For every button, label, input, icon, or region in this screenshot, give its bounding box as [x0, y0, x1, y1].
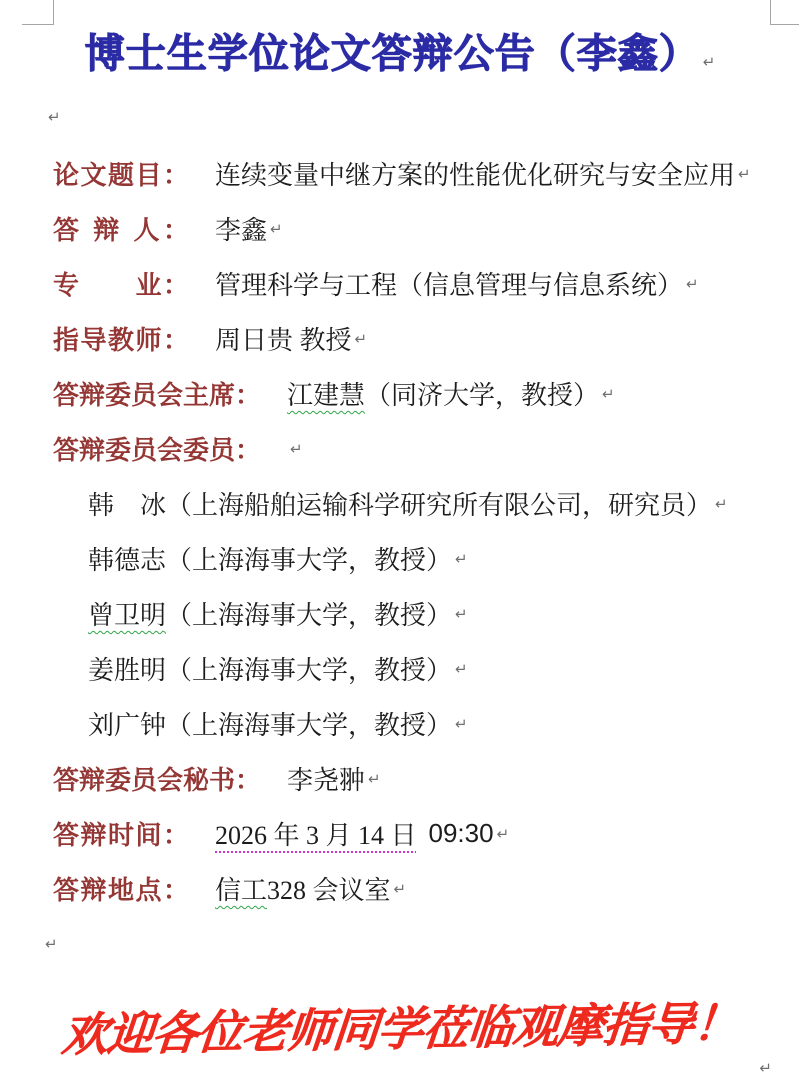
field-label: 答辩时间：: [53, 815, 189, 852]
field-label: 答辩委员会委员：: [53, 430, 261, 467]
paragraph-mark: ↵: [497, 825, 510, 843]
paragraph-mark: ↵: [602, 385, 615, 403]
committee-member-row: 姜胜明（上海海事大学，教授）↵: [53, 641, 800, 696]
field-label: 答辩委员会主席：: [53, 375, 261, 412]
spellcheck-flagged-text: 信工: [215, 870, 267, 907]
paragraph-mark: ↵: [455, 660, 468, 678]
field-row-thesis-title: 论文题目：连续变量中继方案的性能优化研究与安全应用↵: [53, 146, 800, 201]
paragraph-mark: ↵: [45, 935, 58, 953]
empty-paragraph: ↵: [53, 916, 800, 971]
field-label: 专 业：: [53, 265, 189, 302]
field-label: 答辩地点：: [53, 870, 189, 907]
field-value: 328 会议室: [267, 870, 391, 907]
committee-member-row: 刘广钟（上海海事大学，教授）↵: [53, 696, 800, 751]
field-row-advisor: 指导教师：周日贵 教授↵: [53, 311, 800, 366]
member-name: 姜胜明: [88, 650, 166, 687]
spellcheck-flagged-text: 江建慧: [287, 375, 365, 412]
margin-crop-mark-top-right: [770, 0, 799, 25]
paragraph-mark: ↵: [715, 495, 728, 513]
fields-block: 论文题目：连续变量中继方案的性能优化研究与安全应用↵ 答 辩 人：李鑫↵ 专 业…: [0, 146, 800, 971]
field-label: 答 辩 人：: [53, 210, 189, 247]
field-value: 连续变量中继方案的性能优化研究与安全应用: [215, 155, 735, 192]
member-affiliation: （上海海事大学，教授）: [166, 705, 452, 742]
paragraph-mark: ↵: [686, 275, 699, 293]
field-value: 李尧翀: [287, 760, 365, 797]
paragraph-mark: ↵: [368, 770, 381, 788]
field-label: 答辩委员会秘书：: [53, 760, 261, 797]
field-row-major: 专 业：管理科学与工程（信息管理与信息系统）↵: [53, 256, 800, 311]
spellcheck-flagged-text: 曾卫明: [88, 595, 166, 632]
paragraph-mark: ↵: [759, 1059, 772, 1077]
member-affiliation: （上海海事大学，教授）: [166, 595, 452, 632]
field-value: 李鑫: [215, 210, 267, 247]
member-affiliation: （上海船舶运输科学研究所有限公司，研究员）: [166, 485, 712, 522]
paragraph-mark: ↵: [703, 53, 716, 71]
member-name: 韩德志: [88, 540, 166, 577]
field-row-committee-chair: 答辩委员会主席：江建慧（同济大学，教授）↵: [53, 366, 800, 421]
paragraph-mark: ↵: [738, 165, 751, 183]
member-affiliation: （上海海事大学，教授）: [166, 540, 452, 577]
member-name: 刘广钟: [88, 705, 166, 742]
field-value: 管理科学与工程（信息管理与信息系统）: [215, 265, 683, 302]
defense-clock-time: 09:30: [429, 818, 494, 849]
paragraph-mark: ↵: [394, 880, 407, 898]
smarttag-date-text: 2026 年 3 月 14 日: [215, 815, 417, 852]
page-title: 博士生学位论文答辩公告（李鑫）: [85, 30, 700, 77]
field-row-defender: 答 辩 人：李鑫↵: [53, 201, 800, 256]
document-page: 博士生学位论文答辩公告（李鑫）↵ ↵ 论文题目：连续变量中继方案的性能优化研究与…: [0, 0, 800, 1084]
paragraph-mark: ↵: [355, 330, 368, 348]
welcome-banner-row: 欢迎各位老师同学莅临观摩指导！ ↵: [0, 971, 800, 1081]
field-row-defense-time: 答辩时间：2026 年 3 月 14 日09:30↵: [53, 806, 800, 861]
field-row-committee-heading: 答辩委员会委员：↵: [53, 421, 800, 476]
paragraph-mark: ↵: [270, 220, 283, 238]
field-value: 周日贵 教授: [215, 320, 352, 357]
member-name: 韩 冰: [88, 485, 166, 522]
paragraph-mark: ↵: [455, 715, 468, 733]
welcome-banner-text: 欢迎各位老师同学莅临观摩指导！: [59, 987, 741, 1065]
paragraph-mark: ↵: [290, 440, 303, 458]
paragraph-mark: ↵: [455, 550, 468, 568]
title-row: 博士生学位论文答辩公告（李鑫）↵: [0, 0, 800, 88]
margin-crop-mark-top-left: [22, 0, 54, 25]
empty-paragraph: ↵: [0, 88, 800, 146]
paragraph-mark: ↵: [48, 108, 61, 126]
field-row-defense-venue: 答辩地点：信工 328 会议室↵: [53, 861, 800, 916]
paragraph-mark: ↵: [455, 605, 468, 623]
committee-member-row: 曾卫明（上海海事大学，教授）↵: [53, 586, 800, 641]
member-affiliation: （上海海事大学，教授）: [166, 650, 452, 687]
field-label: 指导教师：: [53, 320, 189, 357]
committee-member-row: 韩德志（上海海事大学，教授）↵: [53, 531, 800, 586]
field-label: 论文题目：: [53, 155, 189, 192]
field-value: （同济大学，教授）: [365, 375, 599, 412]
field-row-secretary: 答辩委员会秘书：李尧翀↵: [53, 751, 800, 806]
committee-member-row: 韩 冰（上海船舶运输科学研究所有限公司，研究员）↵: [53, 476, 800, 531]
